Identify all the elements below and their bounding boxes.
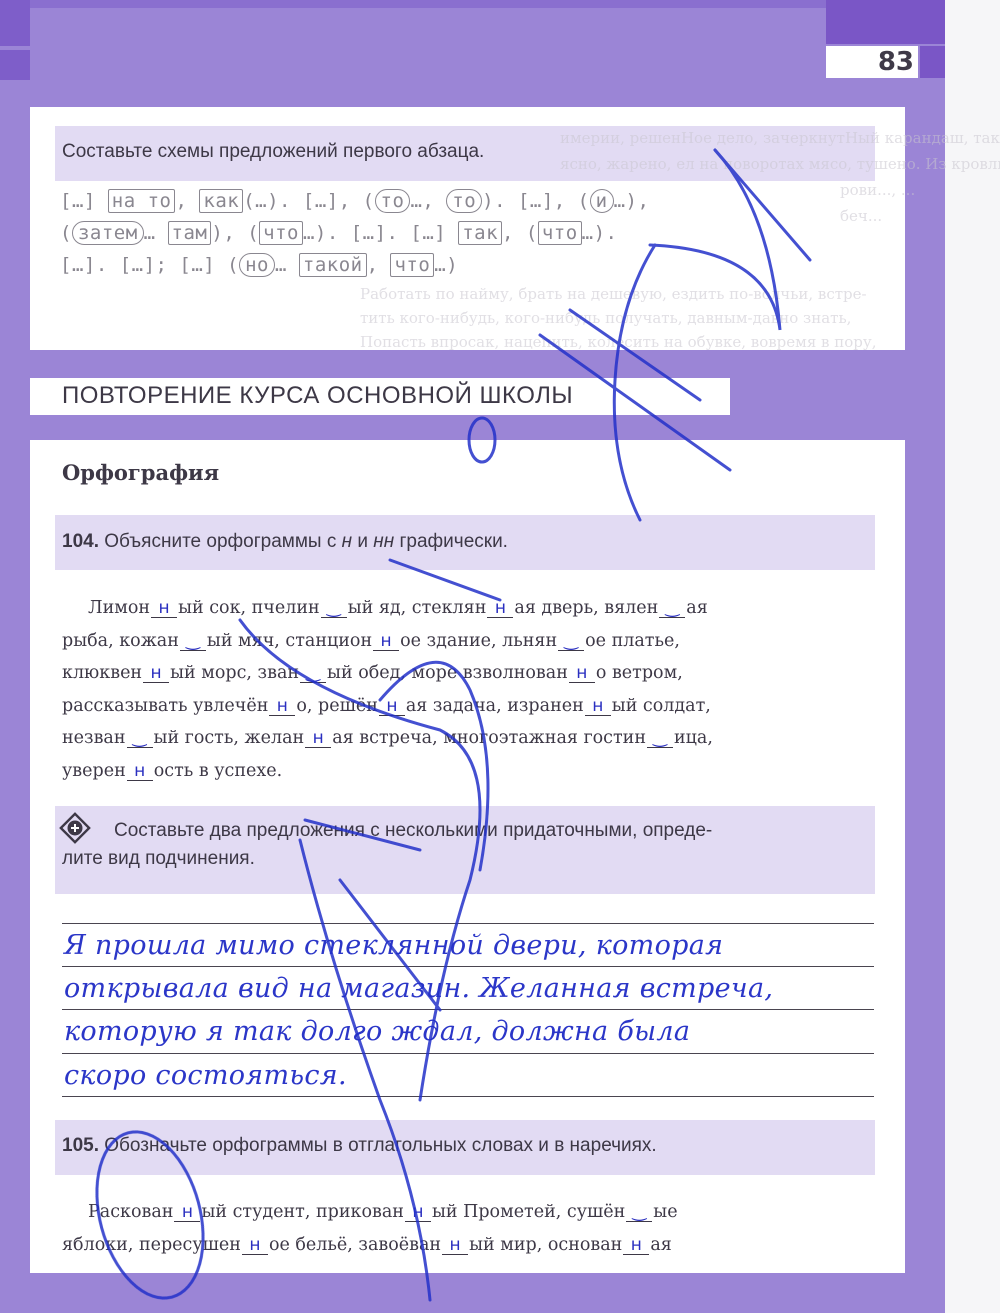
top-task-instruction: Составьте схемы предложений первого абза…: [62, 141, 484, 163]
answer-ruled-line: [62, 1009, 874, 1010]
scheme-part: …: [275, 254, 299, 276]
instruction-n: н: [342, 531, 352, 552]
spelling-gap: ‿: [321, 599, 347, 618]
page-number-side-tab: [920, 46, 945, 78]
text-segment: ая дверь, вялен: [514, 598, 658, 618]
instruction-text: Объясните орфограммы с: [104, 531, 341, 552]
ghost-line: имерии, решенНое дело, зачеркнутНый кара…: [560, 126, 1000, 150]
text-segment: ый яд, стеклян: [348, 598, 487, 618]
scheme-conjunction-boxed: что: [390, 253, 434, 277]
text-line: клюквенный морс, зван‿ый обед, море взво…: [62, 657, 683, 690]
text-segment: яблоки, пересушен: [62, 1235, 241, 1255]
spelling-gap: н: [379, 697, 405, 716]
page-number-box: 83: [826, 46, 918, 78]
text-segment: ая: [650, 1235, 671, 1255]
ghost-line: тить кого-нибудь, кого-нибудь получать, …: [360, 306, 851, 330]
text-segment: ый мир, основан: [469, 1235, 622, 1255]
spelling-gap: н: [585, 697, 611, 716]
spelling-gap: ‿: [300, 664, 326, 683]
text-segment: ый обед, море взволнован: [327, 663, 568, 683]
scheme-part: …). […]. […]: [303, 222, 458, 244]
text-line: рыба, кожан‿ый мяч, станционное здание, …: [62, 625, 680, 658]
text-segment: ая задача, изранен: [406, 696, 584, 716]
scheme-part: (…). […], (: [243, 190, 374, 212]
handwritten-answer-line: Я прошла мимо стеклянной двери, которая: [64, 930, 723, 961]
scheme-part: …): [434, 254, 458, 276]
instruction-text: графически.: [394, 531, 508, 552]
spelling-gap: н: [442, 1236, 468, 1255]
scheme-conjunction-oval: но: [239, 253, 275, 277]
scheme-part: […]. […]; […] (: [60, 254, 239, 276]
scheme-line-2: (затем… там), (что…). […]. […] так, (что…: [60, 222, 618, 244]
bonus-task-line-1: Составьте два предложения с несколькими …: [114, 820, 712, 842]
spelling-gap: н: [269, 697, 295, 716]
scheme-part: ). […], (: [482, 190, 589, 212]
spelling-gap: ‿: [659, 599, 685, 618]
text-segment: Раскован: [88, 1202, 173, 1222]
spelling-gap: н: [305, 729, 331, 748]
spelling-gap: н: [127, 762, 153, 781]
text-segment: ое платье,: [585, 631, 680, 651]
exercise-105-instruction: 105. Обозначьте орфограммы в отглагольны…: [62, 1135, 657, 1157]
spelling-gap: н: [487, 599, 513, 618]
spelling-gap: н: [242, 1236, 268, 1255]
scheme-conjunction-oval: затем: [72, 221, 144, 245]
scheme-part: …,: [410, 190, 446, 212]
exercise-number: 104.: [62, 531, 99, 552]
text-segment: рыба, кожан: [62, 631, 179, 651]
spelling-gap: н: [143, 664, 169, 683]
text-segment: ая: [686, 598, 707, 618]
text-line: яблоки, пересушенное бельё, завоёванный …: [62, 1229, 672, 1262]
spelling-gap: н: [174, 1203, 200, 1222]
text-line: незван‿ый гость, желанная встреча, много…: [62, 722, 713, 755]
text-segment: ый студент, прикован: [201, 1202, 404, 1222]
spelling-gap: н: [151, 599, 177, 618]
scheme-part: ), (: [211, 222, 259, 244]
text-segment: Лимон: [88, 598, 150, 618]
scheme-conjunction-boxed: такой: [299, 253, 367, 277]
spelling-gap: ‿: [180, 632, 206, 651]
text-segment: незван: [62, 728, 126, 748]
top-strip: [0, 0, 945, 8]
text-line: уверенность в успехе.: [62, 755, 282, 788]
text-segment: ица,: [674, 728, 713, 748]
scheme-part: …).: [582, 222, 618, 244]
ghost-line: Работать по найму, брать на дешевую, езд…: [360, 282, 867, 306]
section-title: ПОВТОРЕНИЕ КУРСА ОСНОВНОЙ ШКОЛЫ: [62, 382, 573, 410]
subheading-orthography: Орфография: [62, 460, 219, 485]
text-segment: рассказывать увлечён: [62, 696, 268, 716]
scheme-part: …),: [614, 190, 650, 212]
text-segment: ый солдат,: [612, 696, 711, 716]
scheme-conjunction-boxed: там: [168, 221, 212, 245]
text-segment: ые: [653, 1202, 677, 1222]
text-segment: о, решён: [296, 696, 378, 716]
scheme-part: […]: [60, 190, 96, 212]
ghost-line: ясно, жарено, ел на поворотах мясо, туше…: [560, 152, 1000, 176]
spelling-gap: н: [373, 632, 399, 651]
page-number-bar: [826, 0, 945, 44]
spelling-gap: ‿: [626, 1203, 652, 1222]
text-segment: ый гость, желан: [154, 728, 305, 748]
spelling-gap: ‿: [647, 729, 673, 748]
scheme-line-3: […]. […]; […] (но… такой, что…): [60, 254, 458, 276]
exercise-104-instruction: 104. Объясните орфограммы с н и нн графи…: [62, 531, 508, 553]
scheme-conjunction-boxed: как: [199, 189, 243, 213]
left-tab-bottom: [0, 50, 30, 80]
answer-ruled-line: [62, 1053, 874, 1054]
scheme-part: ,: [367, 254, 391, 276]
answer-ruled-line: [62, 966, 874, 967]
text-segment: клюквен: [62, 663, 142, 683]
spelling-gap: н: [569, 664, 595, 683]
scheme-conjunction-boxed: на то: [108, 189, 176, 213]
ghost-line: Попасть впросак, нацепить, колесить на о…: [360, 330, 876, 354]
answer-ruled-line: [62, 923, 874, 924]
scheme-line-1: […] на то, как(…). […], (то…, то). […], …: [60, 190, 649, 212]
scheme-conjunction-oval: то: [375, 189, 411, 213]
text-segment: ый сок, пчелин: [178, 598, 320, 618]
ghost-line: беч...: [840, 204, 882, 228]
spelling-gap: н: [623, 1236, 649, 1255]
handwritten-answer-line: скоро состояться.: [64, 1060, 347, 1091]
exercise-number: 105.: [62, 1135, 99, 1156]
scheme-part: ,: [175, 190, 199, 212]
scheme-conjunction-boxed: что: [259, 221, 303, 245]
text-segment: ое здание, льнян: [400, 631, 557, 651]
scheme-part: , (: [502, 222, 538, 244]
scheme-conjunction-oval: и: [590, 189, 614, 213]
page-number: 83: [878, 46, 918, 78]
bonus-task-line-2: лите вид подчинения.: [62, 848, 255, 870]
scheme-part: …: [144, 222, 168, 244]
scheme-conjunction-oval: то: [446, 189, 482, 213]
text-segment: ость в успехе.: [154, 761, 282, 781]
handwritten-answer-line: открывала вид на магазин. Желанная встре…: [64, 973, 773, 1004]
instruction-text: и: [352, 531, 373, 552]
scheme-part: (: [60, 222, 72, 244]
text-line: рассказывать увлечённо, решённая задача,…: [62, 690, 711, 723]
text-segment: ое бельё, завоёван: [269, 1235, 441, 1255]
left-tab-top: [0, 0, 30, 46]
text-segment: о ветром,: [596, 663, 683, 683]
spelling-gap: ‿: [558, 632, 584, 651]
instruction-nn: нн: [373, 531, 394, 552]
spelling-gap: ‿: [127, 729, 153, 748]
spelling-gap: н: [405, 1203, 431, 1222]
text-segment: ый мяч, станцион: [207, 631, 372, 651]
text-line: Раскованный студент, прикованный Промете…: [88, 1196, 678, 1229]
text-segment: ая встреча, многоэтажная гостин: [332, 728, 646, 748]
paper-edge: [945, 0, 1000, 1313]
section-header: ПОВТОРЕНИЕ КУРСА ОСНОВНОЙ ШКОЛЫ: [30, 378, 730, 415]
ghost-line: рови..., ...: [840, 178, 915, 202]
answer-ruled-line: [62, 1096, 874, 1097]
text-segment: ый морс, зван: [170, 663, 299, 683]
text-segment: ый Прометей, сушён: [432, 1202, 625, 1222]
scheme-conjunction-boxed: так: [458, 221, 502, 245]
handwritten-answer-line: которую я так долго ждал, должна была: [64, 1016, 690, 1047]
instruction-text: Обозначьте орфограммы в отглагольных сло…: [104, 1135, 656, 1156]
text-line: Лимонный сок, пчелин‿ый яд, стеклянная д…: [88, 592, 708, 625]
scheme-conjunction-boxed: что: [538, 221, 582, 245]
plus-diamond-icon: [59, 812, 91, 844]
text-segment: уверен: [62, 761, 126, 781]
